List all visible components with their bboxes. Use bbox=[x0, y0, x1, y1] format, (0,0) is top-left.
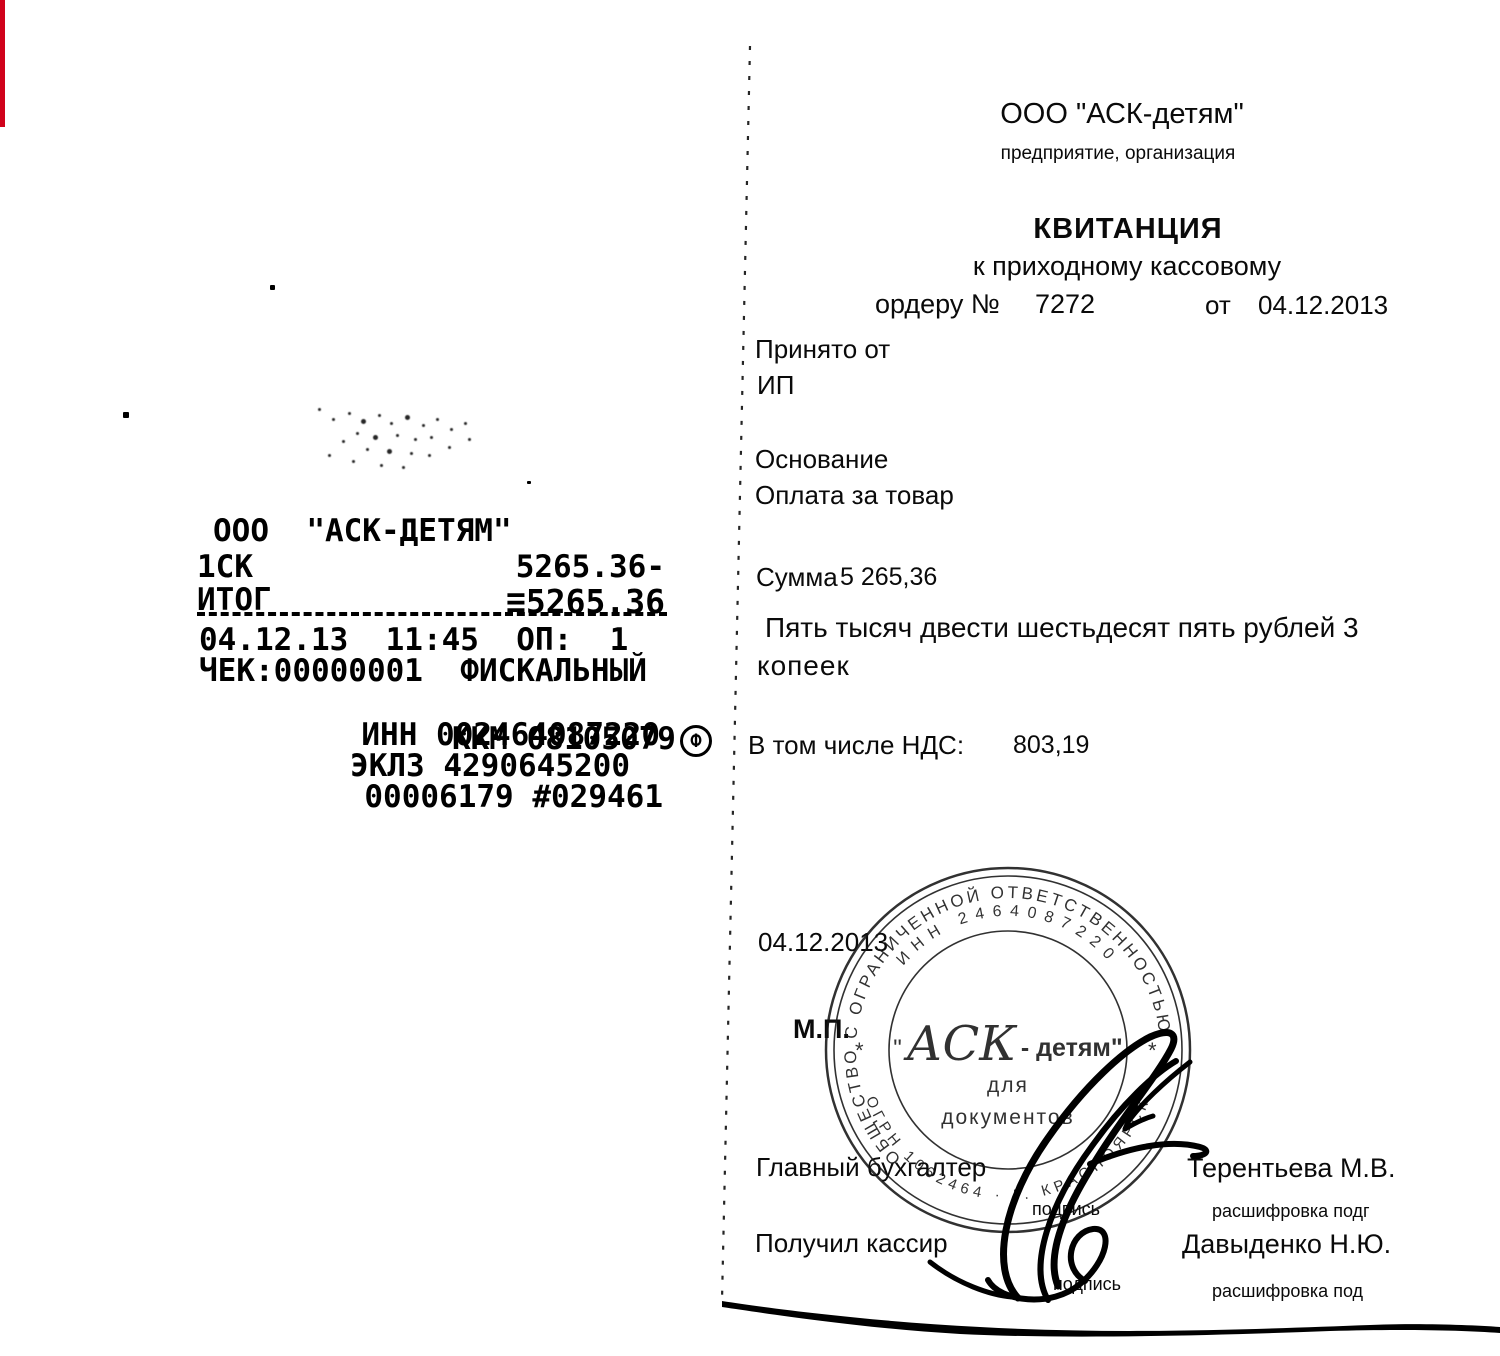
scanned-receipt-page: ООО "АСК-ДЕТЯМ" 1СК 5265.36- ИТОГ ≡5265.… bbox=[0, 0, 1500, 1356]
company-round-stamp: ОБЩЕСТВО С ОГРАНИЧЕННОЙ ОТВЕТСТВЕННОСТЬЮ… bbox=[826, 868, 1190, 1232]
stamp-star-left: * bbox=[855, 1038, 864, 1063]
stamp-star-right: * bbox=[1148, 1038, 1157, 1063]
stamp-center-line1: для bbox=[987, 1074, 1029, 1097]
handwritten-signature bbox=[930, 1033, 1206, 1300]
stamp-company-name: " АСК - детям" bbox=[893, 1016, 1123, 1072]
overlay-graphics: ОБЩЕСТВО С ОГРАНИЧЕННОЙ ОТВЕТСТВЕННОСТЬЮ… bbox=[0, 0, 1500, 1356]
page-edge-line bbox=[722, 1301, 1500, 1337]
fold-dotted-line bbox=[722, 46, 750, 1300]
